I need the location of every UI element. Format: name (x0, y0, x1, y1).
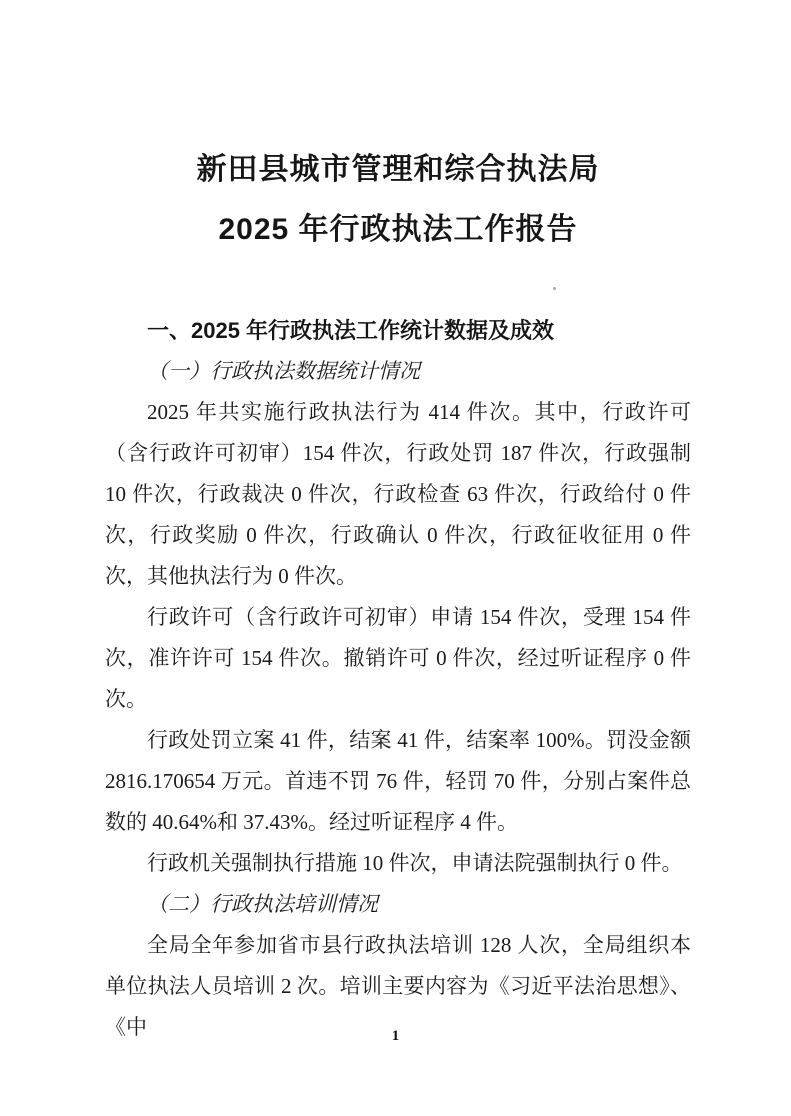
subsection-1-heading: （一）行政执法数据统计情况 (105, 351, 691, 392)
section-1-heading: 一、2025 年行政执法工作统计数据及成效 (105, 310, 691, 351)
document-page: 新田县城市管理和综合执法局 2025 年行政执法工作报告 一、2025 年行政执… (0, 0, 791, 1116)
document-title-line1: 新田县城市管理和综合执法局 (105, 150, 691, 190)
paragraph-license-stats: 行政许可（含行政许可初审）申请 154 件次，受理 154 件次，准许许可 15… (105, 597, 691, 720)
paragraph-enforcement-stats: 2025 年共实施行政执法行为 414 件次。其中，行政许可（含行政许可初审）1… (105, 392, 691, 597)
subsection-2-heading: （二）行政执法培训情况 (105, 884, 691, 925)
document-content: 新田县城市管理和综合执法局 2025 年行政执法工作报告 一、2025 年行政执… (105, 150, 691, 1048)
page-number: 1 (0, 1028, 791, 1045)
document-title-line2: 2025 年行政执法工作报告 (105, 210, 691, 250)
scan-artifact-speck (553, 287, 556, 290)
paragraph-penalty-stats: 行政处罚立案 41 件，结案 41 件，结案率 100%。罚没金额 2816.1… (105, 720, 691, 843)
paragraph-compulsory-enforcement: 行政机关强制执行措施 10 件次，申请法院强制执行 0 件。 (105, 843, 691, 884)
